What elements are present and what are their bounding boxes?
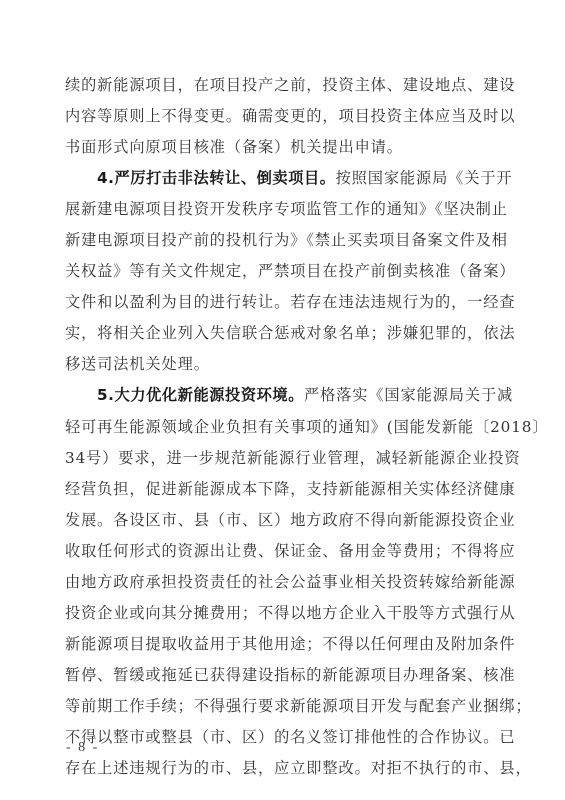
- item-5-first-line-text: 严格落实《国家能源局关于减: [304, 386, 513, 404]
- document-body: 续的新能源项目，在项目投产之前，投资主体、建设地点、建设 内容等原则上不得变更。…: [65, 70, 499, 784]
- item-5-heading: 5.大力优化新能源投资环境。: [97, 386, 304, 404]
- text-line: 书面形式向原项目核准（备案）机关提出申请。: [65, 132, 499, 163]
- text-line: 暂停、暂缓或拖延已获得建设指标的新能源项目办理备案、核准: [65, 660, 499, 691]
- text-line: 实，将相关企业列入失信联合惩戒对象名单；涉嫌犯罪的，依法: [65, 318, 499, 349]
- item-4-first-line-text: 按照国家能源局《关于开: [336, 169, 513, 187]
- page-number: - 8 -: [66, 740, 99, 756]
- text-line: 经营负担，促进新能源成本下降，支持新能源相关实体经济健康: [65, 474, 499, 505]
- text-line: 存在上述违规行为的市、县，应立即整改。对拒不执行的市、县，: [65, 753, 499, 784]
- text-line: 新能源项目提取收益用于其他用途；不得以任何理由及附加条件: [65, 629, 499, 660]
- text-line: 关权益》等有关文件规定，严禁项目在投产前倒卖核准（备案）: [65, 256, 499, 287]
- text-line: 不得以整市或整县（市、区）的名义签订排他性的合作协议。已: [65, 722, 499, 753]
- text-line: 等前期工作手续；不得强行要求新能源项目开发与配套产业捆绑；: [65, 691, 499, 722]
- document-page: 续的新能源项目，在项目投产之前，投资主体、建设地点、建设 内容等原则上不得变更。…: [0, 0, 565, 800]
- text-line: 由地方政府承担投资责任的社会公益事业相关投资转嫁给新能源: [65, 567, 499, 598]
- text-line: 移送司法机关处理。: [65, 349, 499, 380]
- item-4-first-line: 4.严厉打击非法转让、倒卖项目。按照国家能源局《关于开: [65, 163, 499, 194]
- text-line: 34号）要求，进一步规范新能源行业管理，减轻新能源企业投资: [65, 443, 499, 474]
- text-line: 文件和以盈利为目的进行转让。若存在违法违规行为的，一经查: [65, 287, 499, 318]
- item-4-heading: 4.严厉打击非法转让、倒卖项目。: [97, 169, 336, 187]
- text-line: 续的新能源项目，在项目投产之前，投资主体、建设地点、建设: [65, 70, 499, 101]
- text-line: 收取任何形式的资源出让费、保证金、备用金等费用；不得将应: [65, 536, 499, 567]
- item-5-first-line: 5.大力优化新能源投资环境。严格落实《国家能源局关于减: [65, 380, 499, 411]
- text-line: 展新建电源项目投资开发秩序专项监管工作的通知》《坚决制止: [65, 194, 499, 225]
- text-line: 投资企业或向其分摊费用；不得以地方企业入干股等方式强行从: [65, 598, 499, 629]
- text-line: 新建电源项目投产前的投机行为》《禁止买卖项目备案文件及相: [65, 225, 499, 256]
- text-line: 轻可再生能源领域企业负担有关事项的通知》(国能发新能〔2018〕: [65, 412, 499, 443]
- text-line: 内容等原则上不得变更。确需变更的，项目投资主体应当及时以: [65, 101, 499, 132]
- text-line: 发展。各设区市、县（市、区）地方政府不得向新能源投资企业: [65, 505, 499, 536]
